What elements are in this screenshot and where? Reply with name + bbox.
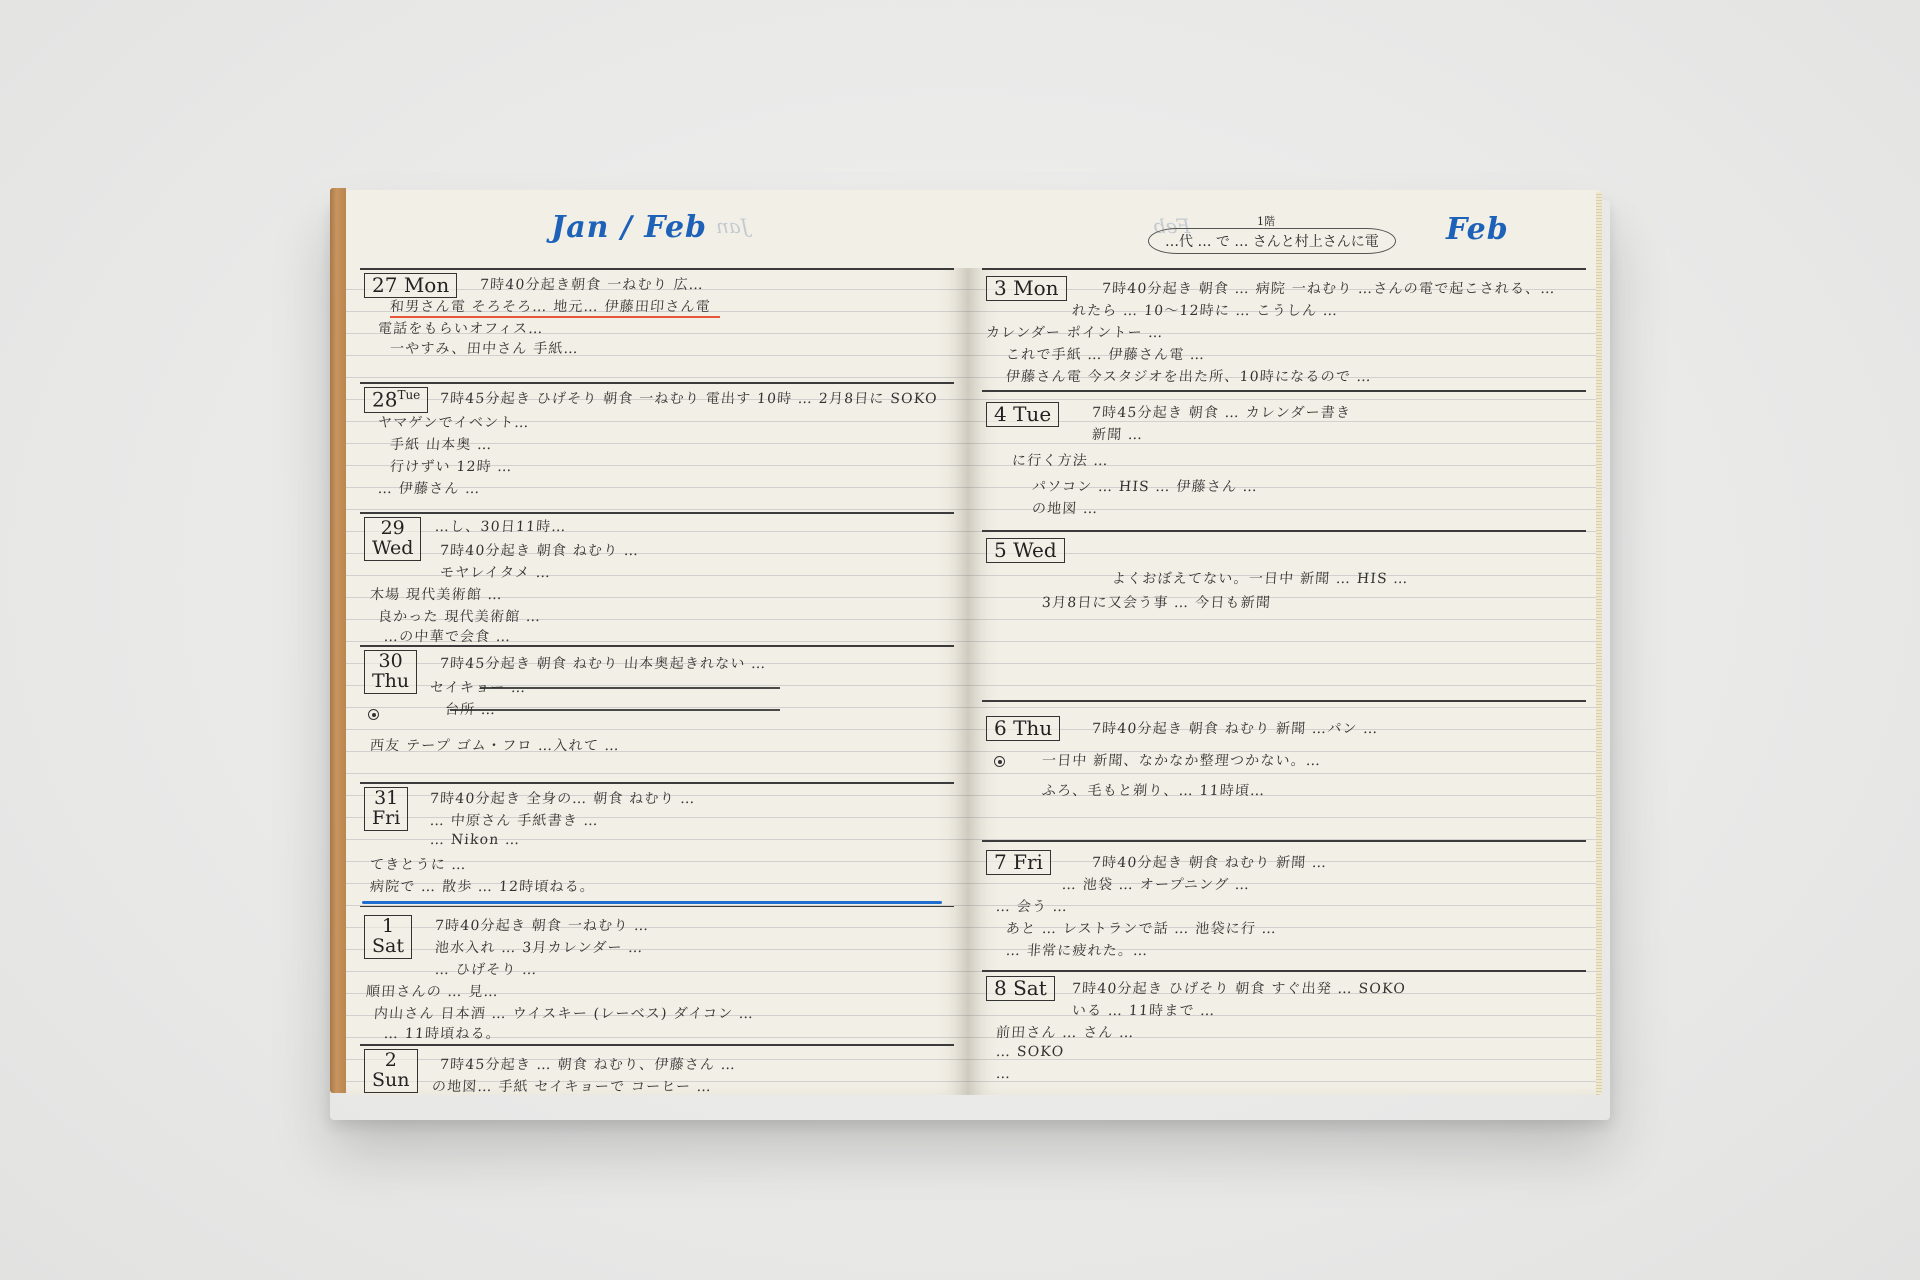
entry-line: 木場 現代美術館 … (369, 584, 503, 604)
entry-line: 伊藤さん電 今スタジオを出た所、10時になるので … (1005, 366, 1372, 386)
entry-line: … 非常に疲れた。… (1005, 940, 1149, 960)
diary-entry: 7 Fri 7時40分起き 朝食 ねむり 新聞 … … 池袋 … オープニング … (982, 840, 1586, 972)
entry-line: ヤマゲンでイベント… (377, 412, 530, 432)
entry-line: 7時40分起き ひげそり 朝食 すぐ出発 … SOKO (1071, 978, 1406, 998)
entry-line: 西友 テープ ゴム・フロ …入れて … (369, 735, 620, 755)
entry-line: 池水入れ … 3月カレンダー … (434, 937, 644, 957)
circle-mark-icon (994, 756, 1005, 767)
entry-line: 7時40分起き 朝食 ねむり 新聞 …パン … (1091, 718, 1379, 738)
entry-line: 7時40分起き 朝食 ねむり 新聞 … (1091, 852, 1328, 872)
entry-line: 行けずい 12時 … (389, 456, 513, 476)
entry-line: 7時45分起き ひげそり 朝食 一ねむり 電出す 10時 … 2月8日に SOK… (439, 388, 938, 408)
entry-line: 7時40分起き 朝食 … 病院 一ねむり …さんの電で起こされる、… (1101, 278, 1556, 298)
blue-divider-line (362, 901, 942, 904)
entry-line: … ひげそり … (434, 959, 538, 979)
entry-line: … 会う … (995, 896, 1069, 916)
entry-line: の地図 … (1031, 498, 1099, 518)
entry-line: 7時40分起き朝食 一ねむり 広… (479, 274, 704, 294)
diary-entry: 3 Mon 7時40分起き 朝食 … 病院 一ねむり …さんの電で起こされる、…… (982, 268, 1586, 392)
date-box: 4 Tue (986, 402, 1059, 427)
top-note-text: …代 … で … さんと村上さんに電 (1165, 234, 1379, 250)
date-box: 31Fri (364, 787, 408, 831)
entry-line: 順田さんの … 見… (365, 981, 499, 1001)
entry-line: 一日中 新聞、なかなか整理つかない。… (1041, 750, 1322, 770)
entry-line: 和男さん電 そろそろ… 地元… 伊藤田印さん電 (389, 296, 711, 316)
diary-entry: 5 Wed よくおぼえてない。一日中 新聞 … HIS … 3月8日に又会う事 … (982, 530, 1586, 702)
entry-line: 3月8日に又会う事 … 今日も新聞 (1041, 592, 1272, 612)
entry-line: 7時40分起き 朝食 一ねむり … (434, 915, 650, 935)
date-box: 6 Thu (986, 716, 1060, 741)
entry-line: 電話をもらいオフィス… (377, 318, 544, 338)
left-page-ghost-heading: Jan (716, 214, 749, 238)
entry-line: 内山さん 日本酒 … ウイスキー (レーベス) ダイコン … (373, 1003, 755, 1023)
entry-line: あと … レストランで話 … 池袋に行 … (1005, 918, 1277, 938)
diary-entry: 6 Thu 7時40分起き 朝食 ねむり 新聞 …パン … 一日中 新聞、なかな… (982, 700, 1586, 842)
top-note-bubble: 1階 …代 … で … さんと村上さんに電 (1148, 228, 1396, 254)
date-box: 29Wed (364, 517, 421, 561)
left-page-heading: Jan / Feb (551, 210, 707, 245)
entry-line: カレンダー ポイントー … (985, 322, 1164, 342)
date-box: 5 Wed (986, 538, 1065, 563)
date-box: 2Sun (364, 1049, 418, 1093)
entry-line: 良かった 現代美術館 … (377, 606, 542, 626)
circle-mark-icon (368, 709, 379, 720)
date-box: 7 Fri (986, 850, 1051, 875)
entry-line: の地図… 手紙 セイキョーで コーヒー … (431, 1076, 712, 1095)
entry-line: … 伊藤さん … (377, 478, 481, 498)
diary-entry: 27 Mon 7時40分起き朝食 一ねむり 広… 和男さん電 そろそろ… 地元…… (360, 268, 954, 360)
entry-line: 7時40分起き 朝食 ねむり … (439, 540, 640, 560)
diary-entry: 8 Sat 7時40分起き ひげそり 朝食 すぐ出発 … SOKO いる … 1… (982, 970, 1586, 1095)
diary-entry: 2Sun 7時45分起き … 朝食 ねむり、伊藤さん … の地図… 手紙 セイキ… (360, 1044, 954, 1095)
entry-line: … (995, 1066, 1011, 1082)
strikethrough (480, 687, 780, 689)
entry-line: 手紙 山本奥 … (389, 434, 493, 454)
diary-entry: 4 Tue 7時45分起き 朝食 … カレンダー書き 新聞 … に行く方法 … … (982, 390, 1586, 532)
left-page: Jan / Feb Jan 27 Mon 7時40分起き朝食 一ねむり 広… 和… (346, 190, 968, 1095)
diary-entry: 1Sat 7時40分起き 朝食 一ねむり … 池水入れ … 3月カレンダー … … (360, 906, 954, 1045)
diary-entry: 29Wed …し、30日11時… 7時40分起き 朝食 ねむり … モヤレイタメ… (360, 512, 954, 644)
entry-line: …し、30日11時… (434, 516, 567, 536)
entry-line: … 中原さん 手紙書き … (429, 810, 599, 830)
entry-line: 7時40分起き 全身の… 朝食 ねむり … (429, 788, 696, 808)
date-box: 27 Mon (364, 273, 457, 298)
entry-line: いる … 11時まで … (1071, 1000, 1216, 1020)
diary-entry: 31Fri 7時40分起き 全身の… 朝食 ねむり … … 中原さん 手紙書き … (360, 782, 954, 902)
entry-line: 7時45分起き 朝食 ねむり 山本奥起きれない … (439, 653, 767, 673)
entry-line: 7時45分起き 朝食 … カレンダー書き (1091, 402, 1352, 422)
top-note-superscript: 1階 (1257, 213, 1275, 229)
right-page: Feb Feb 1階 …代 … で … さんと村上さんに電 3 Mon 7時40… (968, 190, 1600, 1095)
entry-line: 前田さん … さん … (995, 1022, 1135, 1042)
entry-line: ふろ、毛もと剃り、… 11時頃… (1041, 780, 1266, 800)
page-edges (1596, 192, 1602, 1094)
entry-line: よくおぼえてない。一日中 新聞 … HIS … (1111, 568, 1409, 588)
entry-line: … SOKO (995, 1044, 1064, 1060)
strikethrough (450, 709, 780, 711)
entry-line: 新聞 … (1091, 424, 1144, 444)
entry-line: … 11時頃ねる。 (383, 1023, 501, 1043)
date-box: 8 Sat (986, 976, 1055, 1001)
date-box: 3 Mon (986, 276, 1067, 301)
entry-line: 7時45分起き … 朝食 ねむり、伊藤さん … (439, 1054, 737, 1074)
entry-line: パソコン … HIS … 伊藤さん … (1031, 476, 1259, 496)
entry-line: これで手紙 … 伊藤さん電 … (1005, 344, 1206, 364)
entry-line: …の中華で会食 … (383, 626, 512, 646)
entry-line: てきとうに … (369, 854, 467, 874)
diary-entry: 28Tue 7時45分起き ひげそり 朝食 一ねむり 電出す 10時 … 2月8… (360, 382, 954, 514)
diary-entry: 30Thu 7時45分起き 朝食 ねむり 山本奥起きれない … セイキョー … … (360, 645, 954, 767)
right-page-heading: Feb (1446, 212, 1509, 247)
entry-line: 一やすみ、田中さん 手紙… (389, 338, 579, 358)
entry-line: モヤレイタメ … (439, 562, 552, 582)
date-box: 1Sat (364, 915, 412, 959)
entry-line: 病院で … 散歩 … 12時頃ねる。 (369, 876, 596, 896)
notebook-cover-spine (330, 188, 346, 1093)
entry-line: に行く方法 … (1011, 450, 1109, 470)
entry-line: … Nikon … (429, 832, 520, 848)
date-box: 28Tue (364, 387, 428, 413)
date-box: 30Thu (364, 650, 417, 694)
entry-line: … 池袋 … オープニング … (1061, 874, 1251, 894)
entry-line: れたら … 10〜12時に … こうしん … (1071, 300, 1339, 320)
